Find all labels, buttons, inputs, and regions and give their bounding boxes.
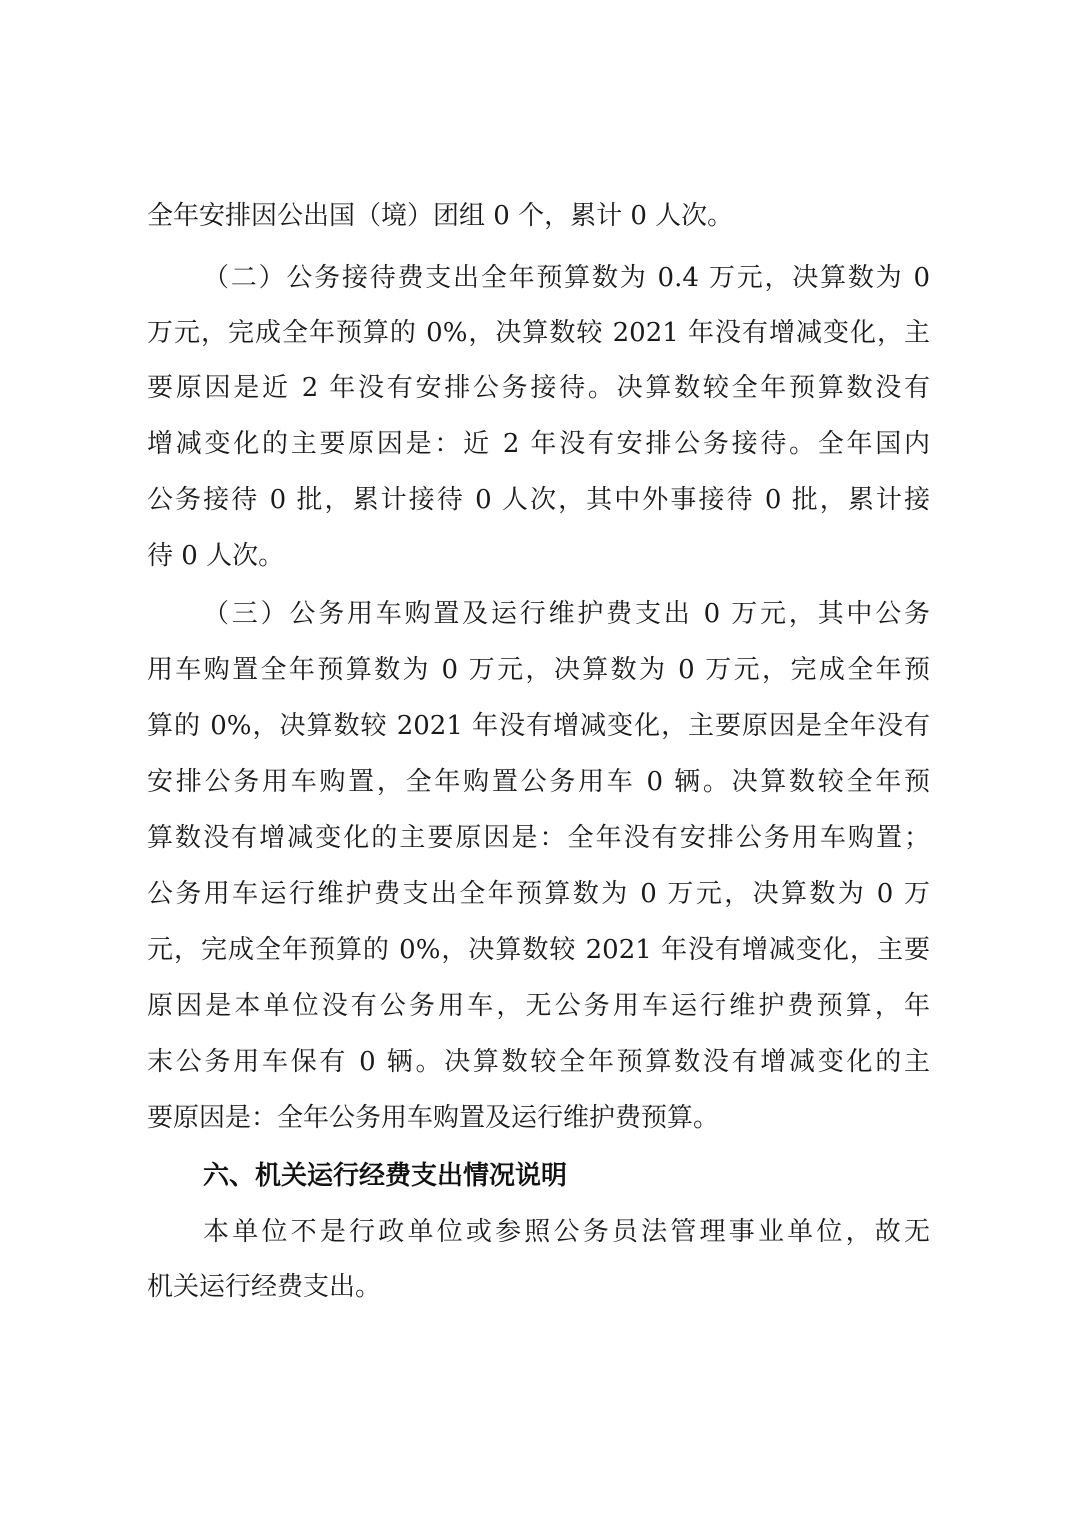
paragraph-line: 安排公务用车购置，全年购置公务用车 0 辆。决算数较全年预 [147, 762, 930, 802]
paragraph-line: 本单位不是行政单位或参照公务员法管理事业单位，故无 [203, 1212, 930, 1252]
section-heading: 六、机关运行经费支出情况说明 [203, 1156, 567, 1196]
paragraph-line: 全年安排因公出国（境）团组 0 个，累计 0 人次。 [147, 196, 930, 236]
document-page: 全年安排因公出国（境）团组 0 个，累计 0 人次。 （二）公务接待费支出全年预… [0, 0, 1074, 1520]
paragraph-line: 算数没有增减变化的主要原因是：全年没有安排公务用车购置； [147, 818, 930, 858]
paragraph-line: 元，完成全年预算的 0%，决算数较 2021 年没有增减变化，主要 [147, 930, 930, 970]
paragraph-line: 公务接待 0 批，累计接待 0 人次，其中外事接待 0 批，累计接 [147, 480, 930, 520]
paragraph-line: 要原因是近 2 年没有安排公务接待。决算数较全年预算数没有 [147, 368, 930, 408]
paragraph-line: 要原因是：全年公务用车购置及运行维护费预算。 [147, 1098, 930, 1138]
paragraph-line: 原因是本单位没有公务用车，无公务用车运行维护费预算，年 [147, 986, 930, 1026]
paragraph-line: 公务用车运行维护费支出全年预算数为 0 万元，决算数为 0 万 [147, 874, 930, 914]
paragraph-line: （三）公务用车购置及运行维护费支出 0 万元，其中公务 [203, 594, 930, 634]
paragraph-line: （二）公务接待费支出全年预算数为 0.4 万元，决算数为 0 [203, 258, 930, 298]
paragraph-line: 待 0 人次。 [147, 536, 930, 576]
paragraph-line: 增减变化的主要原因是：近 2 年没有安排公务接待。全年国内 [147, 424, 930, 464]
paragraph-line: 末公务用车保有 0 辆。决算数较全年预算数没有增减变化的主 [147, 1042, 930, 1082]
paragraph-line: 万元，完成全年预算的 0%，决算数较 2021 年没有增减变化，主 [147, 313, 930, 353]
paragraph-line: 用车购置全年预算数为 0 万元，决算数为 0 万元，完成全年预 [147, 650, 930, 690]
paragraph-line: 算的 0%，决算数较 2021 年没有增减变化，主要原因是全年没有 [147, 706, 930, 746]
paragraph-line: 机关运行经费支出。 [147, 1267, 930, 1307]
